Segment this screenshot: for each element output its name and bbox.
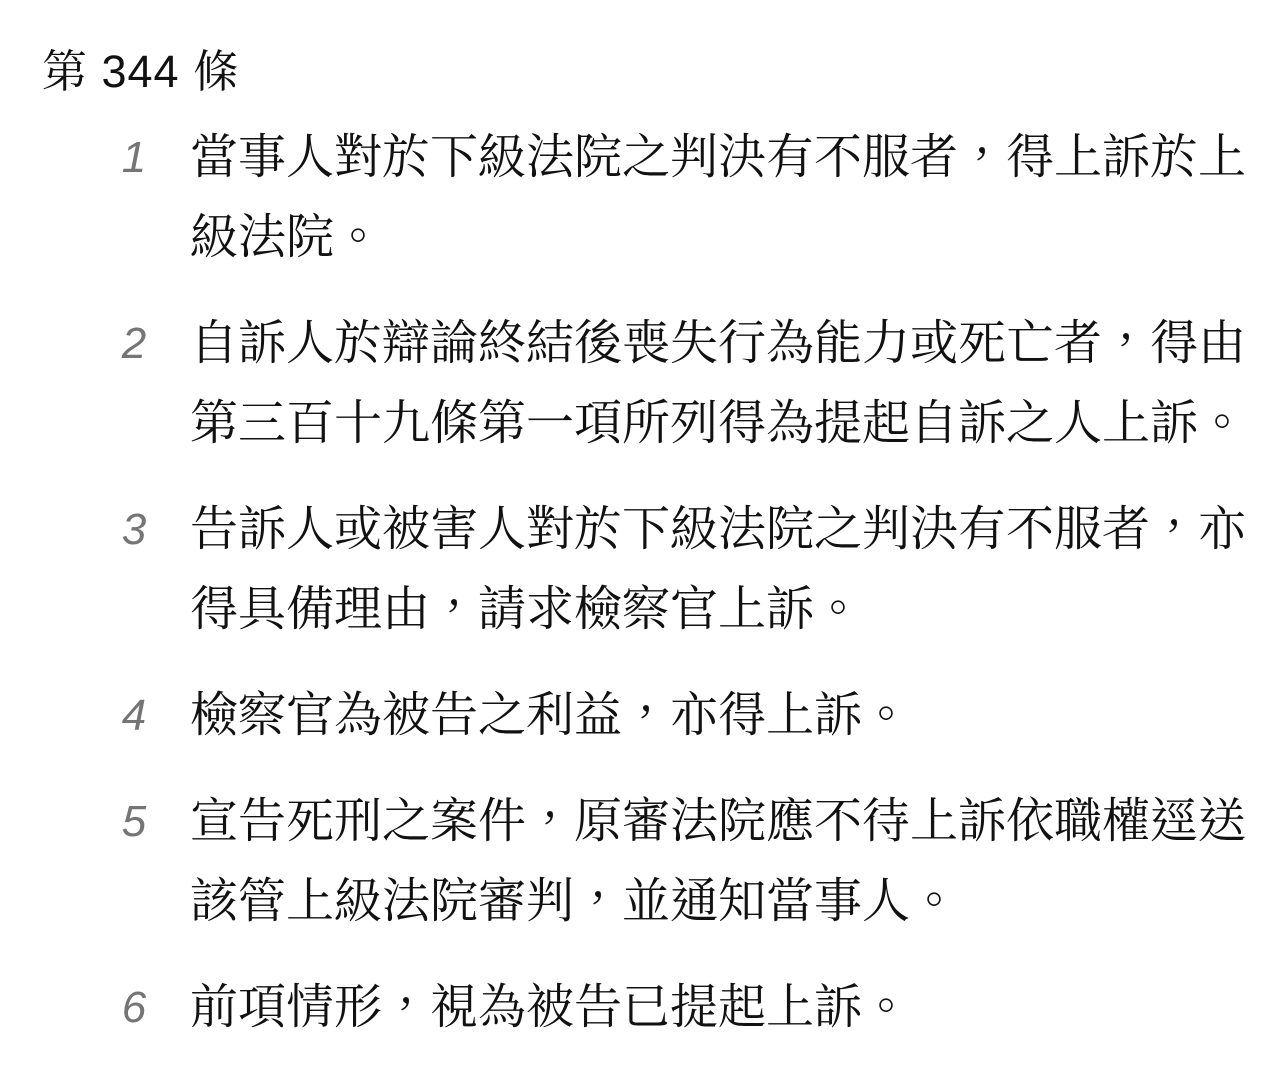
paragraph-number: 1 bbox=[106, 118, 162, 198]
paragraph-text: 自訴人於辯論終結後喪失行為能力或死亡者，得由第三百十九條第一項所列得為提起自訴之… bbox=[190, 304, 1252, 464]
law-paragraph: 6 前項情形，視為被告已提起上訴。 bbox=[106, 968, 1256, 1048]
article-title: 第 344 條 bbox=[42, 46, 1256, 98]
law-article-page: 第 344 條 1 當事人對於下級法院之判決有不服者，得上訴於上級法院。 2 自… bbox=[0, 0, 1280, 1074]
paragraph-text: 當事人對於下級法院之判決有不服者，得上訴於上級法院。 bbox=[190, 118, 1252, 278]
law-paragraph: 2 自訴人於辯論終結後喪失行為能力或死亡者，得由第三百十九條第一項所列得為提起自… bbox=[106, 304, 1256, 464]
law-paragraph: 1 當事人對於下級法院之判決有不服者，得上訴於上級法院。 bbox=[106, 118, 1256, 278]
paragraph-text: 檢察官為被告之利益，亦得上訴。 bbox=[190, 676, 1252, 756]
paragraph-text: 告訴人或被害人對於下級法院之判決有不服者，亦得具備理由，請求檢察官上訴。 bbox=[190, 490, 1252, 650]
paragraph-number: 4 bbox=[106, 676, 162, 756]
paragraph-list: 1 當事人對於下級法院之判決有不服者，得上訴於上級法院。 2 自訴人於辯論終結後… bbox=[42, 118, 1256, 1048]
paragraph-number: 5 bbox=[106, 782, 162, 862]
paragraph-text: 前項情形，視為被告已提起上訴。 bbox=[190, 968, 1252, 1048]
paragraph-number: 6 bbox=[106, 968, 162, 1048]
paragraph-number: 2 bbox=[106, 304, 162, 384]
law-paragraph: 3 告訴人或被害人對於下級法院之判決有不服者，亦得具備理由，請求檢察官上訴。 bbox=[106, 490, 1256, 650]
paragraph-text: 宣告死刑之案件，原審法院應不待上訴依職權逕送該管上級法院審判，並通知當事人。 bbox=[190, 782, 1252, 942]
law-paragraph: 4 檢察官為被告之利益，亦得上訴。 bbox=[106, 676, 1256, 756]
paragraph-number: 3 bbox=[106, 490, 162, 570]
law-paragraph: 5 宣告死刑之案件，原審法院應不待上訴依職權逕送該管上級法院審判，並通知當事人。 bbox=[106, 782, 1256, 942]
